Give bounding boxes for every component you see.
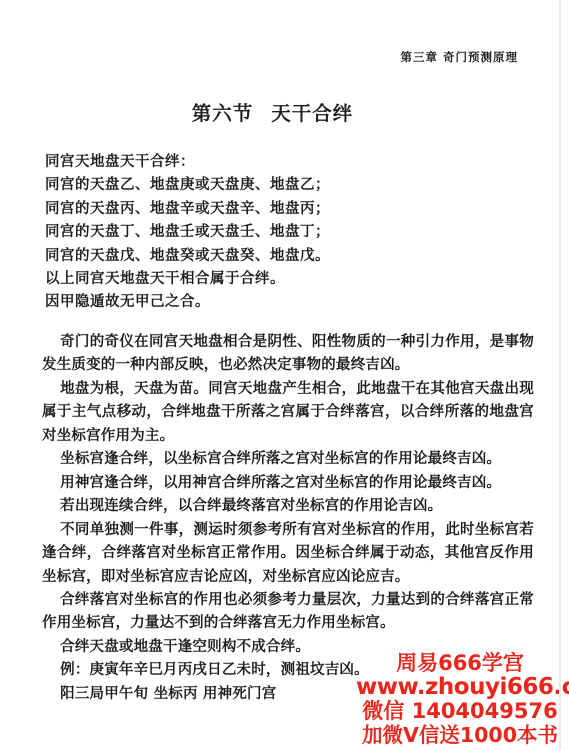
watermark-line: 微信 1404049576 (356, 699, 564, 723)
section-title-number: 第六节 (192, 102, 254, 125)
chapter-running-head: 第三章 奇门预测原理 (400, 49, 518, 65)
intro-line: 同宫的天盘戊、地盘癸或天盘癸、地盘戊。 (45, 245, 550, 268)
paragraph: 地盘为根，天盘为苗。同宫天地盘产生相合，此地盘干在其他宫天盘出现属于主气点移动，… (42, 378, 534, 448)
paragraph: 坐标宫逢合绊，以坐标宫合绊所落之宫对坐标宫的作用论最终吉凶。 (42, 448, 534, 471)
paragraph: 奇门的奇仪在同宫天地盘相合是阴性、阳性物质的一种引力作用，是事物发生质变的一种内… (42, 331, 534, 378)
section-title-name: 天干合绊 (271, 102, 353, 125)
section-title: 第六节天干合绊 (0, 98, 569, 126)
paragraph: 若出现连续合绊，以合绊最终落宫对坐标宫的作用论吉凶。 (42, 495, 534, 518)
watermark: 周易666学宫www.zhouyi666.com微信 1404049576加微V… (356, 651, 564, 747)
intro-line: 同宫的天盘丙、地盘辛或天盘辛、地盘丙； (45, 198, 550, 221)
watermark-line: 加微V信送1000本书 (356, 723, 564, 747)
intro-block: 同宫天地盘天干合绊：同宫的天盘乙、地盘庚或天盘庚、地盘乙；同宫的天盘丙、地盘辛或… (45, 151, 550, 315)
intro-line: 同宫的天盘乙、地盘庚或天盘庚、地盘乙； (45, 174, 550, 197)
paragraph: 用神宫逢合绊，以用神宫合绊所落之宫对坐标宫的作用论最终吉凶。 (42, 472, 534, 495)
intro-line: 同宫天地盘天干合绊： (45, 151, 550, 174)
scan-edge-line (559, 0, 561, 750)
intro-line: 因甲隐遁故无甲己之合。 (45, 291, 550, 314)
book-page: 第三章 奇门预测原理 第六节天干合绊 同宫天地盘天干合绊：同宫的天盘乙、地盘庚或… (0, 0, 569, 750)
watermark-line: 周易666学宫 (356, 651, 564, 675)
paragraph: 不同单独测一件事，测运时须参考所有宫对坐标宫的作用，此时坐标宫若逢合绊，合绊落宫… (42, 519, 534, 589)
watermark-line: www.zhouyi666.com (356, 675, 564, 699)
intro-line: 以上同宫天地盘天干相合属于合绊。 (45, 268, 550, 291)
body-text: 奇门的奇仪在同宫天地盘相合是阴性、阳性物质的一种引力作用，是事物发生质变的一种内… (42, 331, 534, 706)
paragraph: 合绊落宫对坐标宫的作用也必须参考力量层次，力量达到的合绊落宫正常作用坐标宫，力量… (42, 589, 534, 636)
intro-line: 同宫的天盘丁、地盘壬或天盘壬、地盘丁； (45, 221, 550, 244)
